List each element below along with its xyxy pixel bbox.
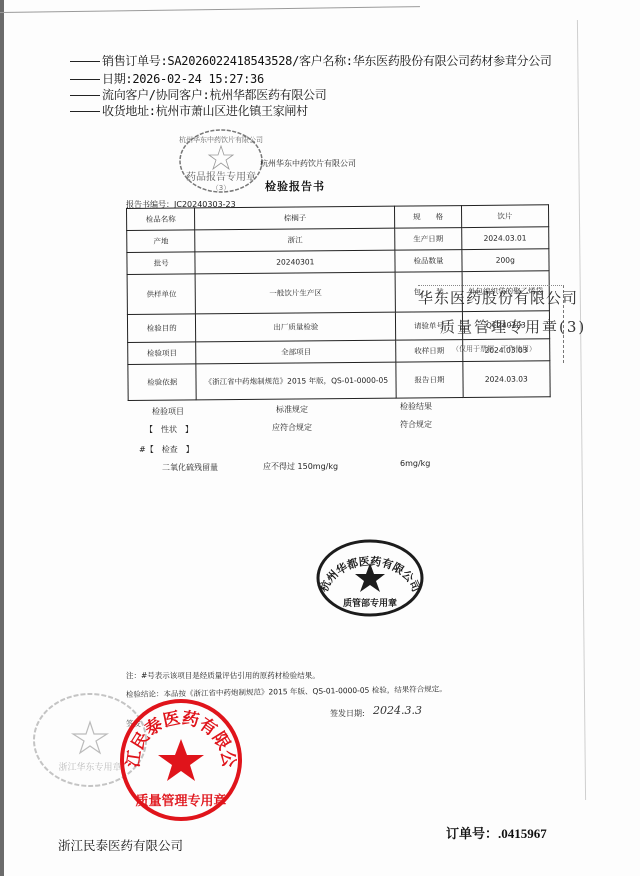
table-key: 检品名称 (127, 208, 196, 231)
table-value: 2024.03.01 (461, 227, 549, 250)
address-text: 收货地址:杭州市萧山区进化镇王家闸村 (102, 104, 308, 118)
results-header-result: 检验结果 (400, 401, 432, 412)
result-standard: 应符合规定 (272, 422, 312, 433)
table-key: 批号 (127, 252, 196, 275)
table-value: 20240301 (195, 250, 395, 274)
date-text: 日期:2026-02-24 15:27:36 (102, 72, 264, 86)
mintai-quality-seal: 浙江民泰医药有限公司 质量管理专用章 (118, 697, 244, 823)
svg-text:药品报告专用章: 药品报告专用章 (186, 170, 256, 183)
table-value: 饮片 (461, 205, 549, 228)
svg-text:杭州华东中药饮片有限公司: 杭州华东中药饮片有限公司 (179, 135, 263, 144)
footer-company: 浙江民泰医药有限公司 (58, 836, 183, 854)
table-key: 规 格 (395, 206, 461, 229)
svg-text:浙江华东专用章: 浙江华东专用章 (58, 761, 121, 773)
scan-edge-left (0, 0, 4, 876)
result-value: 6mg/kg (400, 459, 430, 468)
svg-text:（3）: （3） (212, 184, 230, 192)
scan-edge-right (577, 20, 586, 800)
issuer-report-seal: 药品报告专用章 （3） 杭州华东中药饮片有限公司 (178, 128, 264, 194)
sign-date-handwritten: 2024.3.3 (373, 704, 422, 717)
footnote: 注：#号表示该项目是经质量评估引用的原药材检验结果。 (126, 670, 320, 681)
sales-order-text: 销售订单号:SA2026022418543528/客户名称:华东医药股份有限公司… (102, 54, 552, 68)
table-value: 《浙江省中药炮制规范》2015 年版，QS-01-0000-05 (196, 362, 396, 400)
document-title: 检验报告书 (265, 178, 325, 194)
table-key: 产地 (127, 230, 196, 253)
sales-order-line: 销售订单号:SA2026022418543528/客户名称:华东医药股份有限公司… (70, 54, 552, 68)
results-header-standard: 标准规定 (276, 404, 308, 415)
table-value: 全部项目 (196, 340, 396, 364)
table-key: 检验依据 (128, 364, 197, 401)
date-line: 日期:2026-02-24 15:27:36 (70, 72, 264, 86)
svg-text:质量管理专用章: 质量管理专用章 (135, 793, 226, 809)
order-value: .0415967 (498, 826, 547, 841)
scan-edge-top (0, 6, 420, 13)
result-value: 符合规定 (400, 419, 432, 430)
table-value: 棕榈子 (195, 206, 395, 230)
table-value: 2024.03.03 (462, 361, 550, 398)
huadong-seal-title: 质量管理专用章(3) (440, 316, 586, 337)
table-value: 一般饮片生产区 (195, 272, 395, 314)
sign-date-label: 签发日期: (330, 708, 365, 719)
footer-order-number: 订单号：.0415967 (446, 823, 547, 842)
huadu-quality-seal: 杭州华都医药有限公司 质管部专用章 (314, 537, 426, 619)
result-item: 二氧化硫残留量 (162, 462, 218, 473)
table-key: 生产日期 (395, 228, 461, 251)
table-row: 检验依据 《浙江省中药炮制规范》2015 年版，QS-01-0000-05 报告… (128, 361, 550, 401)
table-key: 报告日期 (396, 362, 463, 399)
table-key: 供样单位 (127, 274, 196, 315)
result-item: #【 检查 】 (139, 444, 194, 455)
customer-text: 流向客户/协同客户:杭州华都医药有限公司 (102, 88, 326, 102)
results-header-item: 检验项目 (152, 406, 184, 417)
table-key: 检品数量 (395, 250, 461, 273)
result-item: 【 性状 】 (145, 424, 193, 435)
table-value: 出厂质量检验 (196, 312, 396, 342)
huadong-seal-company: 华东医药股份有限公司 (418, 287, 578, 308)
svg-text:质管部专用章: 质管部专用章 (343, 597, 397, 609)
table-key: 检验目的 (127, 314, 196, 343)
huadong-seal-note: （仅用于票据，不作他用） (452, 344, 536, 354)
table-value: 浙江 (195, 228, 395, 252)
issuer-name: 杭州华东中药饮片有限公司 (260, 158, 356, 169)
table-key: 检验项目 (128, 342, 197, 365)
customer-line: 流向客户/协同客户:杭州华都医药有限公司 (70, 88, 326, 102)
table-value: 200g (462, 249, 550, 272)
address-line: 收货地址:杭州市萧山区进化镇王家闸村 (70, 104, 308, 118)
order-label: 订单号： (446, 826, 498, 841)
result-standard: 应不得过 150mg/kg (263, 461, 338, 472)
